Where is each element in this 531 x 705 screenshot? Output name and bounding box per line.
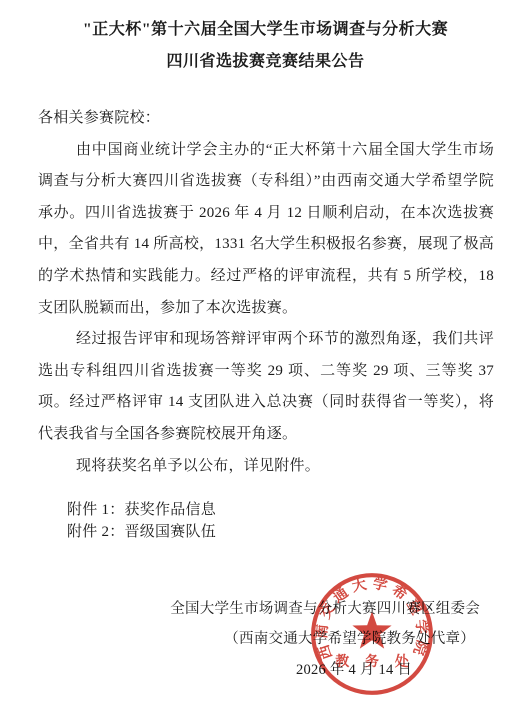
title-line-1: "正大杯"第十六届全国大学生市场调查与分析大赛 bbox=[0, 14, 531, 46]
attachments-list: 附件 1：获奖作品信息 附件 2：晋级国赛队伍 bbox=[67, 499, 216, 543]
attachment-item-1: 附件 1：获奖作品信息 bbox=[67, 499, 216, 521]
announcement-document: "正大杯"第十六届全国大学生市场调查与分析大赛 四川省选拔赛竞赛结果公告 各相关… bbox=[0, 0, 531, 705]
signature-agent-note: （西南交通大学希望学院教务处代章） bbox=[224, 627, 475, 648]
signature-date: 2026 年 4 月 14 日 bbox=[296, 658, 412, 679]
document-title: "正大杯"第十六届全国大学生市场调查与分析大赛 四川省选拔赛竞赛结果公告 bbox=[0, 14, 531, 78]
salutation: 各相关参赛院校： bbox=[38, 103, 494, 135]
title-line-2: 四川省选拔赛竞赛结果公告 bbox=[0, 46, 531, 78]
signature-organization: 全国大学生市场调查与分析大赛四川赛区组委会 bbox=[170, 597, 480, 618]
paragraph-3: 现将获奖名单予以公布，详见附件。 bbox=[38, 451, 494, 483]
attachment-item-2: 附件 2：晋级国赛队伍 bbox=[67, 521, 216, 543]
document-body: 各相关参赛院校： 由中国商业统计学会主办的“正大杯第十六届全国大学生市场调查与分… bbox=[38, 103, 494, 482]
paragraph-1: 由中国商业统计学会主办的“正大杯第十六届全国大学生市场调查与分析大赛四川省选拔赛… bbox=[38, 135, 494, 325]
paragraph-2: 经过报告评审和现场答辩评审两个环节的激烈角逐，我们共评选出专科组四川省选拔赛一等… bbox=[38, 324, 494, 450]
